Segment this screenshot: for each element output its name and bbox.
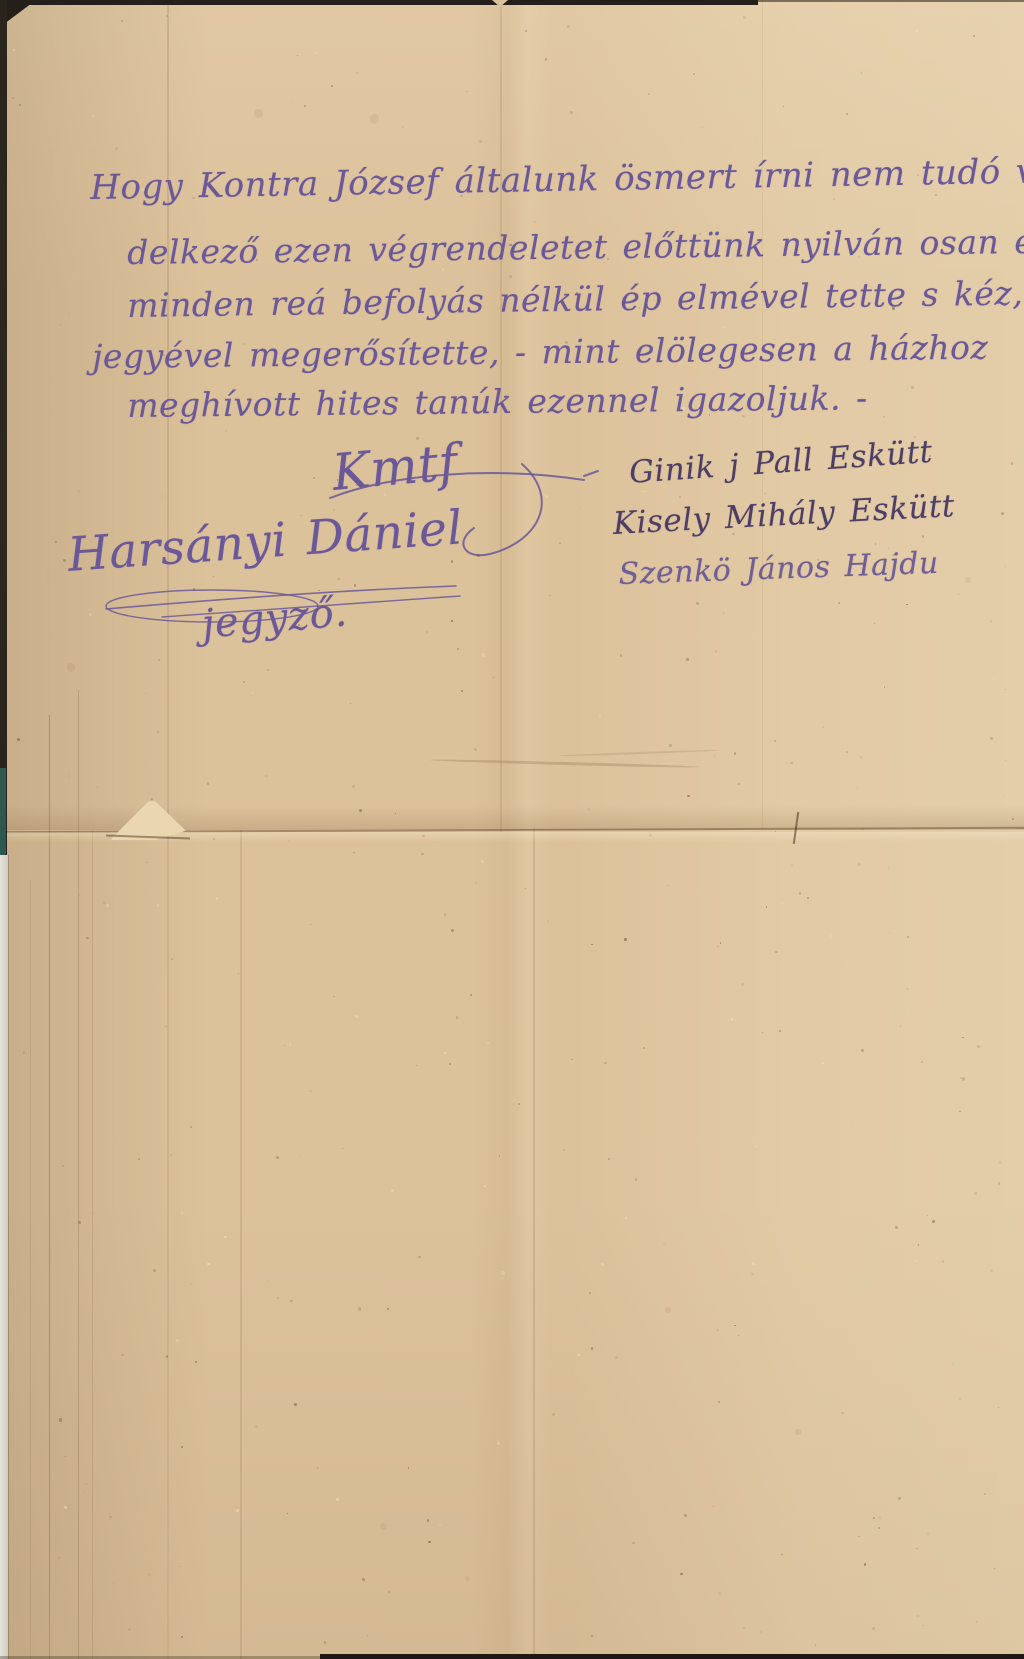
notary-signature: Harsányi Dániel	[66, 500, 465, 582]
scan-edge-left	[8, 855, 9, 1659]
scanned-document-page: Hogy Kontra József általunk ösmert írni …	[0, 0, 1024, 1659]
witness-signature-1: Ginik j Pall Eskütt	[628, 434, 934, 491]
scan-edge-top	[758, 0, 1024, 2]
paper-wrinkle	[430, 758, 700, 768]
ruled-margin-line	[49, 715, 50, 1659]
horizontal-fold-shadow	[0, 806, 1024, 830]
handwritten-line-2: delkező ezen végrendeletet előttünk nyil…	[127, 222, 1024, 272]
vertical-fold-crease	[92, 830, 93, 1659]
scan-corner-shadow	[0, 0, 36, 27]
vertical-fold-crease	[240, 830, 242, 1659]
horizontal-fold-highlight	[0, 832, 1024, 842]
scan-edge-bottom	[320, 1654, 1024, 1659]
fold-crack	[793, 812, 799, 844]
center-fold-crease	[533, 828, 535, 1659]
notary-title: jegyző.	[200, 589, 349, 648]
scan-edge-notch	[492, 0, 508, 7]
paper-wrinkle	[560, 749, 720, 757]
handwritten-line-1: Hogy Kontra József általunk ösmert írni …	[90, 149, 1024, 207]
witness-signature-2: Kisely Mihály Eskütt	[612, 488, 956, 542]
paper-tear	[110, 798, 186, 840]
scan-edge-left	[0, 855, 8, 1659]
handwritten-line-5: meghívott hites tanúk ezennel igazoljuk.…	[127, 378, 868, 425]
fold-crack	[106, 835, 190, 840]
vertical-fold-crease	[78, 690, 79, 1659]
handwritten-line-3: minden reá befolyás nélkül ép elmével te…	[127, 273, 1024, 325]
scan-edge-top	[0, 0, 758, 5]
handwritten-line-4: jegyével megerősítette, - mint elölegese…	[92, 328, 988, 376]
witness-signature-3: Szenkö János Hajdu	[618, 546, 939, 592]
vertical-fold-crease	[30, 880, 31, 1659]
scan-edge-left-tint	[0, 768, 6, 856]
kmtf-abbreviation: Kmtf	[330, 433, 460, 502]
horizontal-fold-crease	[0, 827, 1024, 833]
scan-edge-left	[0, 0, 7, 860]
